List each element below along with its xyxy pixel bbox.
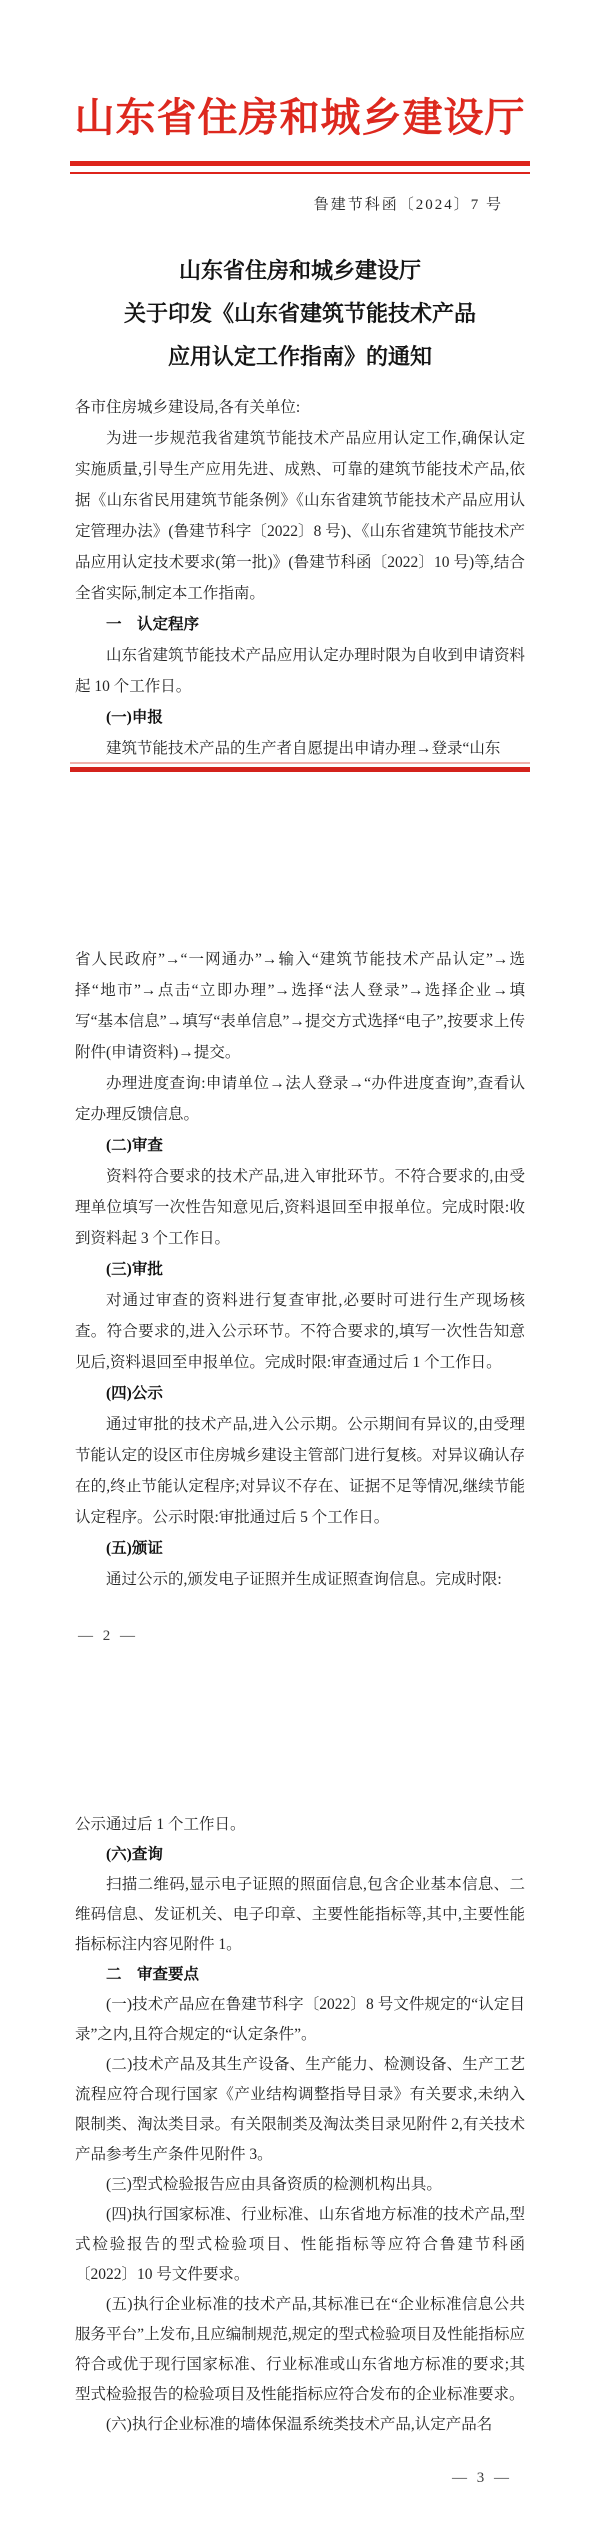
salutation: 各市住房城乡建设局,各有关单位: — [75, 392, 525, 423]
subsection-heading-approval: (三)审批 — [75, 1254, 525, 1285]
letterhead-divider-thick — [70, 161, 530, 166]
progress-query-paragraph: 办理进度查询:申请单位→法人登录→“办件进度查询”,查看认定办理反馈信息。 — [75, 1068, 525, 1130]
publicity-paragraph: 通过审批的技术产品,进入公示期。公示期间有异议的,由受理节能认定的设区市住房城乡… — [75, 1409, 525, 1533]
page2-body: 省人民政府”→“一网通办”→输入“建筑节能技术产品认定”→选择“地市”→点击“立… — [75, 944, 525, 1595]
page1-tail-rule-thin — [70, 762, 530, 764]
review-paragraph: 资料符合要求的技术产品,进入审批环节。不符合要求的,由受理单位填写一次性告知意见… — [75, 1161, 525, 1254]
subsection-heading-query: (六)查询 — [75, 1840, 525, 1870]
notice-title-line-3: 应用认定工作指南》的通知 — [0, 335, 600, 378]
query-paragraph: 扫描二维码,显示电子证照的照面信息,包含企业基本信息、二维码信息、发证机关、电子… — [75, 1870, 525, 1960]
subsection-heading-certificate: (五)颁证 — [75, 1533, 525, 1564]
agency-letterhead: 山东省住房和城乡建设厅 — [0, 86, 600, 143]
subsection-heading-declare: (一)申报 — [75, 702, 525, 733]
declare-paragraph-start: 建筑节能技术产品的生产者自愿提出申请办理→登录“山东 — [75, 733, 525, 764]
keypoint-6-paragraph-start: (六)执行企业标准的墙体保温系统类技术产品,认定产品名 — [75, 2410, 525, 2440]
notice-title: 山东省住房和城乡建设厅 关于印发《山东省建筑节能技术产品 应用认定工作指南》的通… — [0, 249, 600, 378]
section-heading-procedure: 一 认定程序 — [75, 609, 525, 640]
keypoint-2-paragraph: (二)技术产品及其生产设备、生产能力、检测设备、生产工艺流程应符合现行国家《产业… — [75, 2050, 525, 2170]
keypoint-5-paragraph: (五)执行企业标准的技术产品,其标准已在“企业标准信息公共服务平台”上发布,且应… — [75, 2290, 525, 2410]
keypoint-1-paragraph: (一)技术产品应在鲁建节科字〔2022〕8 号文件规定的“认定目录”之内,且符合… — [75, 1990, 525, 2050]
notice-title-line-2: 关于印发《山东省建筑节能技术产品 — [0, 292, 600, 335]
certificate-paragraph-continued: 公示通过后 1 个工作日。 — [75, 1810, 525, 1840]
keypoint-4-paragraph: (四)执行国家标准、行业标准、山东省地方标准的技术产品,型式检验报告的型式检验项… — [75, 2200, 525, 2290]
page1-body: 各市住房城乡建设局,各有关单位: 为进一步规范我省建筑节能技术产品应用认定工作,… — [75, 392, 525, 764]
intro-paragraph: 为进一步规范我省建筑节能技术产品应用认定工作,确保认定实施质量,引导生产应用先进… — [75, 423, 525, 609]
section-heading-keypoints: 二 审查要点 — [75, 1960, 525, 1990]
page2-number: — 2 — — [78, 1628, 138, 1645]
page3-number: — 3 — — [0, 2470, 512, 2487]
document-number: 鲁建节科函〔2024〕7 号 — [0, 193, 503, 214]
certificate-paragraph-start: 通过公示的,颁发电子证照并生成证照查询信息。完成时限: — [75, 1564, 525, 1595]
notice-title-line-1: 山东省住房和城乡建设厅 — [0, 249, 600, 292]
subsection-heading-publicity: (四)公示 — [75, 1378, 525, 1409]
scanned-official-document: { "colors": { "letterhead_red": "#dd281e… — [0, 0, 600, 2546]
time-limit-paragraph: 山东省建筑节能技术产品应用认定办理时限为自收到申请资料起 10 个工作日。 — [75, 640, 525, 702]
keypoint-3-paragraph: (三)型式检验报告应由具备资质的检测机构出具。 — [75, 2170, 525, 2200]
subsection-heading-review: (二)审查 — [75, 1130, 525, 1161]
letterhead-divider-thin — [70, 172, 530, 174]
approval-paragraph: 对通过审查的资料进行复查审批,必要时可进行生产现场核查。符合要求的,进入公示环节… — [75, 1285, 525, 1378]
page1-tail-rule-thick — [70, 767, 530, 772]
declare-paragraph-continued: 省人民政府”→“一网通办”→输入“建筑节能技术产品认定”→选择“地市”→点击“立… — [75, 944, 525, 1068]
page3-body: 公示通过后 1 个工作日。 (六)查询 扫描二维码,显示电子证照的照面信息,包含… — [75, 1810, 525, 2440]
